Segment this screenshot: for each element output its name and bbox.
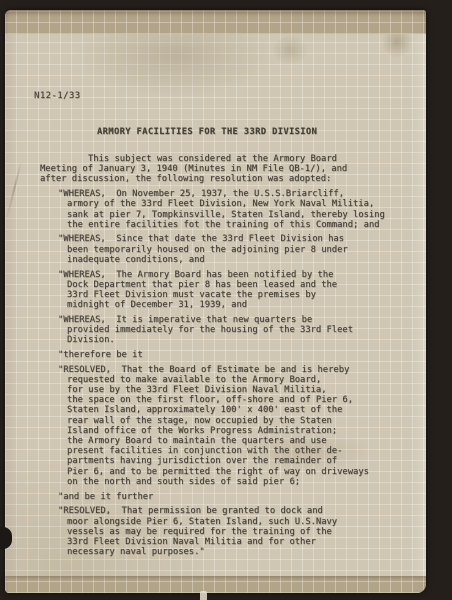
paragraph: "therefore be it xyxy=(58,350,420,360)
document-page: N12-1/33 ARMORY FACILITIES FOR THE 33RD … xyxy=(5,10,426,593)
paragraph: "WHEREAS, It is imperative that new quar… xyxy=(58,315,420,346)
paragraph: "WHEREAS, Since that date the 33rd Fleet… xyxy=(58,234,420,265)
scan-background: N12-1/33 ARMORY FACILITIES FOR THE 33RD … xyxy=(0,0,452,600)
paragraph: "RESOLVED, That the Board of Estimate be… xyxy=(58,365,420,487)
paper-crease xyxy=(6,161,22,220)
document-title: ARMORY FACILITIES FOR THE 33RD DIVISION xyxy=(97,127,317,137)
file-reference: N12-1/33 xyxy=(34,91,81,101)
paragraph: "WHEREAS, The Armory Board has been noti… xyxy=(58,270,420,311)
paragraph: "and be it further xyxy=(58,492,420,502)
paper-speck xyxy=(200,591,207,600)
graph-paper-top-edge xyxy=(5,10,426,34)
paragraph: This subject was considered at the Armor… xyxy=(40,154,420,185)
paragraph: "WHEREAS, On November 25, 1937, the U.S.… xyxy=(58,189,420,230)
graph-paper-bottom-edge xyxy=(5,576,426,593)
paragraph: "RESOLVED, That permission be granted to… xyxy=(58,506,420,557)
document-body: This subject was considered at the Armor… xyxy=(40,154,420,562)
